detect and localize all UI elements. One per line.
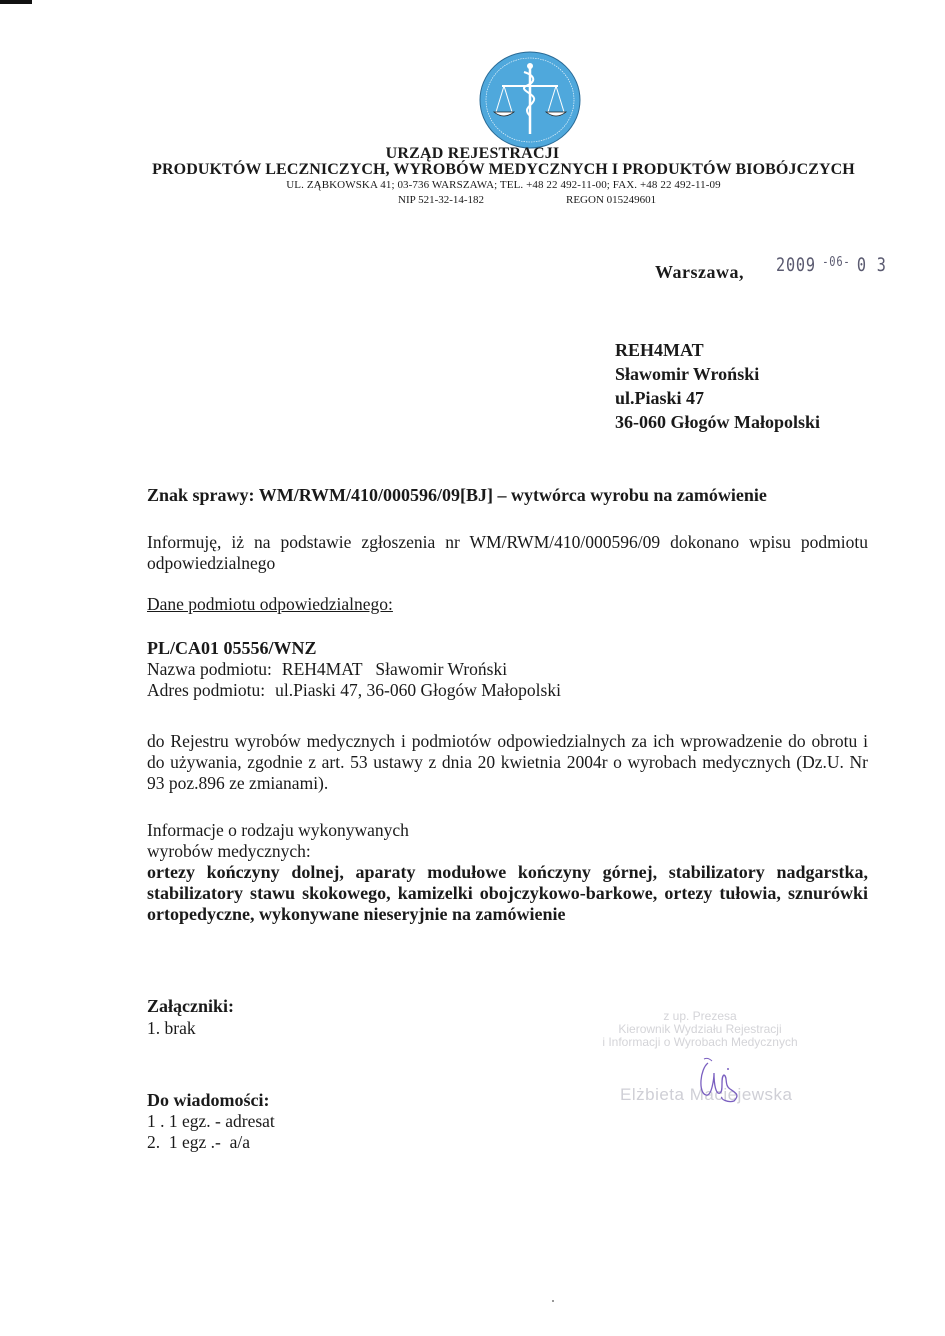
case-reference: Znak sprawy: WM/RWM/410/000596/09[BJ] – …	[147, 485, 767, 506]
product-info-line2: wyrobów medycznych:	[147, 841, 409, 862]
product-info-line1: Informacje o rodzaju wykonywanych	[147, 820, 409, 841]
entity-data-heading: Dane podmiotu odpowiedzialnego:	[147, 594, 393, 615]
date-month: -06-	[822, 255, 850, 270]
place: Warszawa,	[655, 262, 744, 283]
institution-address: UL. ZĄBKOWSKA 41; 03-736 WARSZAWA; TEL. …	[0, 179, 945, 191]
distribution-item: 1 . 1 egz. - adresat	[147, 1111, 275, 1132]
distribution-list: 1 . 1 egz. - adresat 2. 1 egz .- a/a	[147, 1111, 275, 1153]
signature-line3: i Informacji o Wyrobach Medycznych	[590, 1036, 810, 1049]
entity-details: PL/CA01 05556/WNZ Nazwa podmiotu:REH4MAT…	[147, 638, 561, 701]
date-day: 0 3	[857, 254, 887, 276]
entity-address-label: Adres podmiotu:	[147, 680, 265, 700]
attachments-heading: Załączniki:	[147, 996, 234, 1017]
handwritten-signature-icon	[690, 1055, 750, 1105]
entity-code: PL/CA01 05556/WNZ	[147, 638, 561, 659]
scan-corner-mark	[0, 0, 32, 4]
intro-paragraph: Informuję, iż na podstawie zgłoszenia nr…	[147, 532, 868, 574]
recipient-address: REH4MAT Sławomir Wroński ul.Piaski 47 36…	[615, 338, 820, 434]
entity-name-value: REH4MAT Sławomir Wroński	[282, 659, 507, 679]
product-list: ortezy kończyny dolnej, aparaty modułowe…	[147, 862, 868, 925]
institution-logo-icon	[474, 50, 586, 150]
entity-name-label: Nazwa podmiotu:	[147, 659, 272, 679]
recipient-person: Sławomir Wroński	[615, 362, 820, 386]
regon-number: REGON 015249601	[566, 194, 656, 206]
distribution-item: 2. 1 egz .- a/a	[147, 1132, 275, 1153]
registry-paragraph: do Rejestru wyrobów medycznych i podmiot…	[147, 731, 868, 794]
entity-address-row: Adres podmiotu:ul.Piaski 47, 36-060 Głog…	[147, 680, 561, 701]
date-stamp: 2009-06-0 3	[776, 254, 887, 276]
recipient-city: 36-060 Głogów Małopolski	[615, 410, 820, 434]
entity-name-row: Nazwa podmiotu:REH4MAT Sławomir Wroński	[147, 659, 561, 680]
distribution-heading: Do wiadomości:	[147, 1090, 270, 1111]
product-info-label: Informacje o rodzaju wykonywanych wyrobó…	[147, 820, 409, 862]
attachment-item: 1. brak	[147, 1018, 196, 1039]
entity-address-value: ul.Piaski 47, 36-060 Głogów Małopolski	[275, 680, 561, 700]
signature-stamp: z up. Prezesa Kierownik Wydziału Rejestr…	[590, 1010, 810, 1049]
scan-speck	[552, 1300, 554, 1302]
recipient-street: ul.Piaski 47	[615, 386, 820, 410]
recipient-company: REH4MAT	[615, 338, 820, 362]
nip-number: NIP 521-32-14-182	[398, 194, 484, 206]
date-year: 2009	[776, 254, 816, 276]
institution-fullname: PRODUKTÓW LECZNICZYCH, WYROBÓW MEDYCZNYC…	[0, 161, 945, 179]
